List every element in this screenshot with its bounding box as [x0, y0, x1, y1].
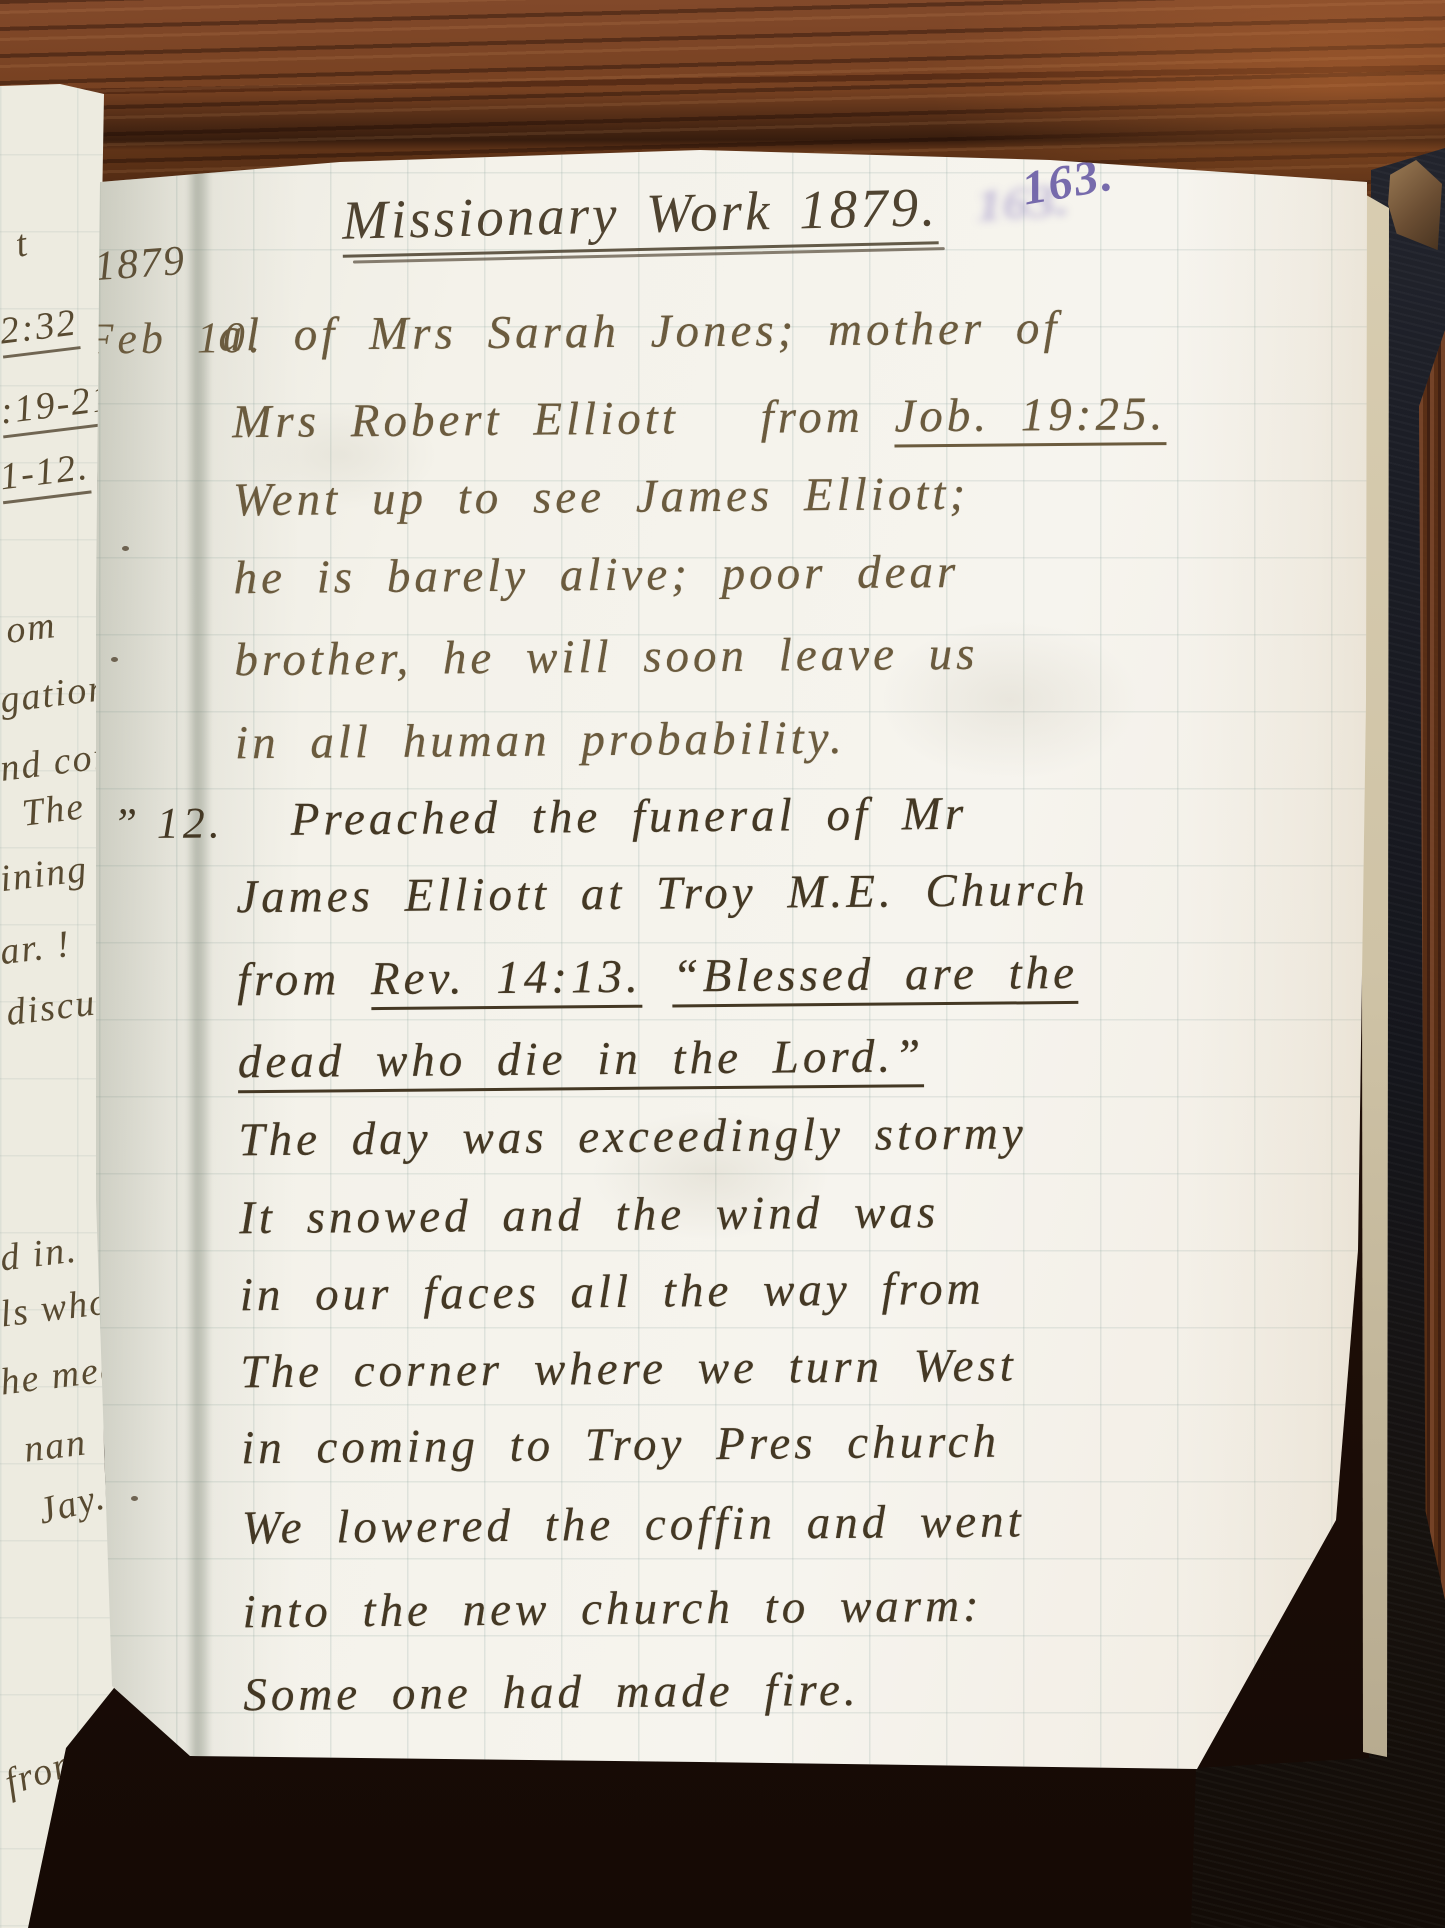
line-text: Preached the funeral of Mr: [290, 787, 967, 847]
line-text: dead who die in the Lord.”: [238, 1029, 925, 1089]
notebook-page: 163. 163. Missionary Work 1879. 1879 Feb…: [0, 0, 1445, 1928]
line-text: James Elliott at Troy M.E. Church: [236, 863, 1089, 924]
fragment-text: Jay.: [34, 1474, 111, 1533]
ink-speck: [122, 546, 129, 551]
line-text: he is barely alive; poor dear: [233, 545, 959, 605]
fragment-text: d in.: [0, 1227, 80, 1280]
fragment-text: ining: [0, 847, 90, 901]
line-text: from Rev. 14:13. “Blessed are the: [237, 946, 1078, 1007]
diary-line: Some one had made fire.: [6, 1658, 1367, 1752]
line-text: brother, he will soon leave us: [234, 627, 979, 687]
fragment-text: ls who: [0, 1279, 112, 1336]
line-text: in coming to Troy Pres church: [241, 1415, 1000, 1476]
line-text: into the new church to warm:: [242, 1579, 983, 1639]
fragment-text: 1-12.: [0, 445, 92, 505]
diary-line: in coming to Troy Pres church: [4, 1411, 1365, 1505]
line-text: in all human probability.: [235, 711, 846, 770]
ink-speck: [111, 657, 118, 662]
fragment-text: The: [20, 784, 88, 835]
diary-line: Feb 10.al of Mrs Sarah Jones; mother of: [0, 298, 1355, 392]
ditto-mark: ”: [113, 798, 142, 849]
line-text: Mrs Robert Elliott from Job. 19:25.: [232, 387, 1166, 449]
diary-photo: t2:32:19-21.1-12.omgationnd conTheininga…: [0, 0, 1445, 1928]
fragment-text: nan: [22, 1420, 90, 1471]
line-text: Some one had made fire.: [243, 1663, 860, 1722]
diary-entry-lines: Feb 10.al of Mrs Sarah Jones; mother ofM…: [0, 0, 1445, 1928]
line-text: We lowered the coffin and went: [242, 1494, 1025, 1555]
margin-date: 12.: [157, 797, 224, 849]
line-text: The day was exceedingly stormy: [238, 1106, 1027, 1167]
diary-line: from Rev. 14:13. “Blessed are the: [0, 943, 1361, 1037]
fragment-text: t: [12, 221, 32, 267]
fragment-text: 2:32: [0, 300, 80, 358]
fragment-text: om: [4, 603, 59, 653]
line-text: It snowed and the wind was: [239, 1185, 939, 1245]
diary-line: James Elliott at Troy M.E. Church: [0, 860, 1360, 954]
line-text: al of Mrs Sarah Jones; mother of: [218, 301, 1060, 362]
ink-speck: [131, 1496, 138, 1501]
diary-line: into the new church to warm:: [5, 1575, 1366, 1669]
diary-line: We lowered the coffin and went: [5, 1491, 1366, 1585]
line-text: Went up to see James Elliott;: [233, 467, 970, 527]
fragment-text: gation: [0, 666, 111, 723]
line-text: in our faces all the way from: [240, 1262, 985, 1322]
diary-line: he is barely alive; poor dear: [0, 541, 1357, 635]
line-text: The corner where we turn West: [240, 1338, 1017, 1399]
diary-line: brother, he will soon leave us: [0, 623, 1358, 717]
fragment-text: ar. !: [0, 922, 74, 974]
